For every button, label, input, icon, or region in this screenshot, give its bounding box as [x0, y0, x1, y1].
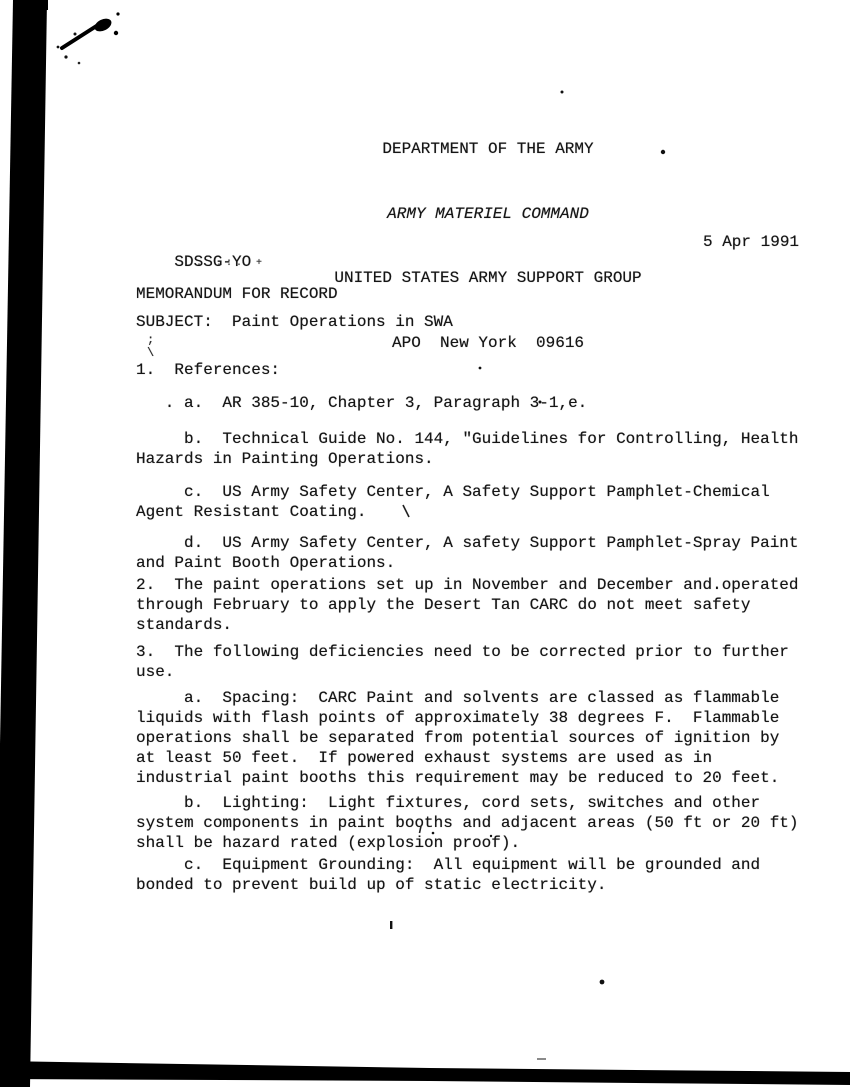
memo-page: DEPARTMENT OF THE ARMY ARMY MATERIEL COM… — [0, 0, 850, 1087]
reference-d: d. US Army Safety Center, A safety Suppo… — [136, 533, 799, 573]
left-bar-top-cap — [17, 0, 48, 10]
reference-b: b. Technical Guide No. 144, "Guidelines … — [136, 429, 799, 469]
letterhead-line-command: ARMY MATERIEL COMMAND — [288, 204, 688, 226]
letterhead-line-department: DEPARTMENT OF THE ARMY — [288, 139, 688, 161]
paragraph-3c-grounding: c. Equipment Grounding: All equipment wi… — [136, 855, 760, 895]
paragraph-2: 2. The paint operations set up in Novemb… — [136, 575, 799, 635]
pen-scribble — [57, 12, 120, 64]
left-edge-bar — [0, 0, 47, 1087]
paragraph-3b-lighting: b. Lighting: Light fixtures, cord sets, … — [136, 793, 799, 853]
memo-date: 5 Apr 1991 — [703, 232, 799, 252]
bottom-edge-bar — [0, 1061, 850, 1085]
stray-typed-marks: ; \ — [147, 334, 154, 360]
reference-c: c. US Army Safety Center, A Safety Suppo… — [136, 482, 770, 522]
paragraph-1-references: 1. References: — [136, 360, 280, 380]
memorandum-for-record-line: MEMORANDUM FOR RECORD — [136, 284, 338, 304]
stray-pencil-specks: . .:. + — [196, 254, 266, 274]
reference-a: . a. AR 385-10, Chapter 3, Paragraph 3-1… — [136, 393, 587, 413]
paragraph-3: 3. The following deficiencies need to be… — [136, 642, 789, 682]
letterhead-line-apo: APO New York 09616 — [288, 333, 688, 355]
paragraph-3a-spacing: a. Spacing: CARC Paint and solvents are … — [136, 688, 779, 788]
subject-line: SUBJECT: Paint Operations in SWA — [136, 312, 453, 332]
